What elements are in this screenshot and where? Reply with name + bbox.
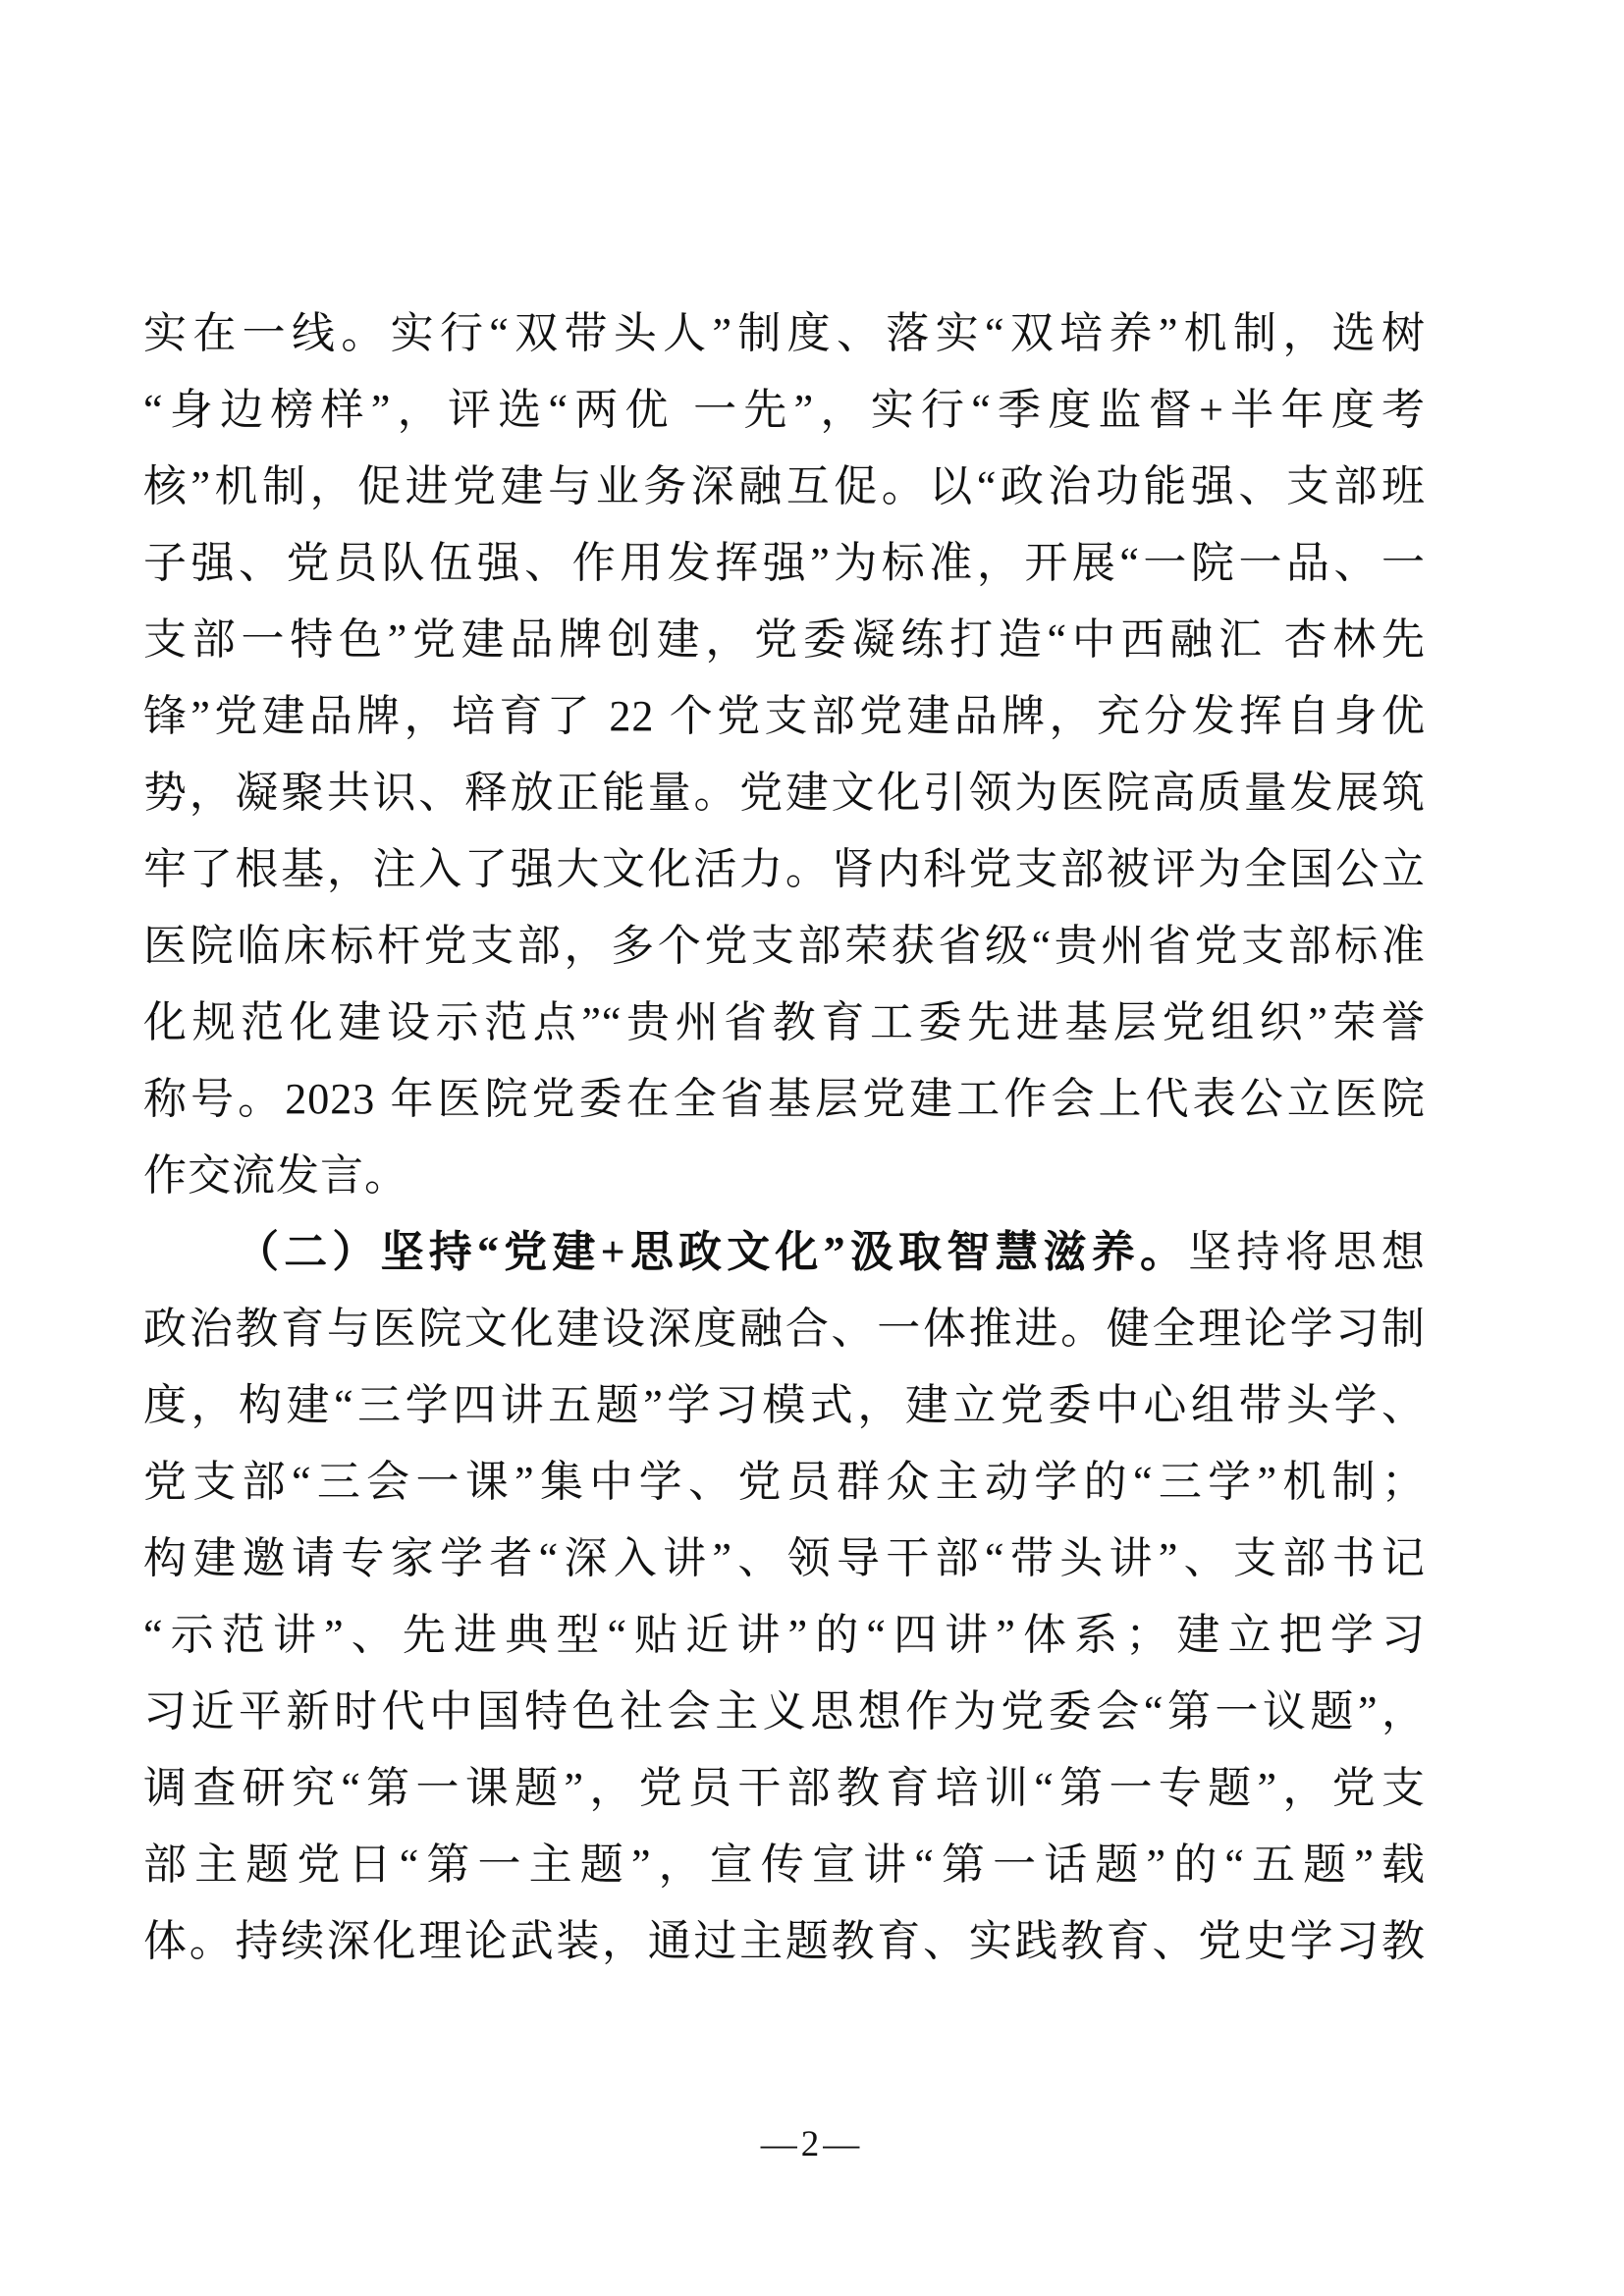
body-line: 调查研究“第一课题”，党员干部教育培训“第一专题”，党支 — [143, 1750, 1426, 1827]
body-line: 锋”党建品牌，培育了 22 个党支部党建品牌，充分发挥自身优 — [143, 678, 1426, 755]
body-line: 习近平新时代中国特色社会主义思想作为党委会“第一议题”， — [143, 1674, 1426, 1750]
body-line: 医院临床标杆党支部，多个党支部荣获省级“贵州省党支部标准 — [143, 908, 1426, 985]
body-line: “身边榜样”，评选“两优 一先”，实行“季度监督+半年度考 — [143, 372, 1426, 449]
body-line: “示范讲”、先进典型“贴近讲”的“四讲”体系；建立把学习 — [143, 1597, 1426, 1674]
section-heading-bold-text: （二）坚持“党建+思政文化”汲取智慧滋养。 — [236, 1228, 1188, 1276]
section-heading-rest-text: 坚持将思想 — [1188, 1228, 1426, 1276]
body-line: 构建邀请专家学者“深入讲”、领导干部“带头讲”、支部书记 — [143, 1521, 1426, 1597]
body-line: 政治教育与医院文化建设深度融合、一体推进。健全理论学习制 — [143, 1291, 1426, 1367]
body-line: 作交流发言。 — [143, 1138, 1426, 1214]
document-page: 实在一线。实行“双带头人”制度、落实“双培养”机制，选树 “身边榜样”，评选“两… — [0, 0, 1624, 2296]
body-line: 子强、党员队伍强、作用发挥强”为标准，开展“一院一品、一 — [143, 525, 1426, 602]
body-line: 体。持续深化理论武装，通过主题教育、实践教育、党史学习教 — [143, 1903, 1426, 1980]
document-body: 实在一线。实行“双带头人”制度、落实“双培养”机制，选树 “身边榜样”，评选“两… — [143, 295, 1426, 1980]
body-line: 牢了根基，注入了强大文化活力。肾内科党支部被评为全国公立 — [143, 831, 1426, 908]
body-line: 部主题党日“第一主题”，宣传宣讲“第一话题”的“五题”载 — [143, 1827, 1426, 1903]
body-line: 化规范化建设示范点”“贵州省教育工委先进基层党组织”荣誉 — [143, 985, 1426, 1061]
body-line: 度，构建“三学四讲五题”学习模式，建立党委中心组带头学、 — [143, 1367, 1426, 1444]
section-heading-line: （二）坚持“党建+思政文化”汲取智慧滋养。坚持将思想 — [143, 1214, 1426, 1291]
page-number: —2— — [0, 2120, 1624, 2169]
body-line: 核”机制，促进党建与业务深融互促。以“政治功能强、支部班 — [143, 449, 1426, 525]
body-line: 势，凝聚共识、释放正能量。党建文化引领为医院高质量发展筑 — [143, 755, 1426, 831]
body-line: 党支部“三会一课”集中学、党员群众主动学的“三学”机制； — [143, 1444, 1426, 1521]
body-line: 称号。2023 年医院党委在全省基层党建工作会上代表公立医院 — [143, 1061, 1426, 1138]
body-line: 支部一特色”党建品牌创建，党委凝练打造“中西融汇 杏林先 — [143, 602, 1426, 678]
body-line: 实在一线。实行“双带头人”制度、落实“双培养”机制，选树 — [143, 295, 1426, 372]
